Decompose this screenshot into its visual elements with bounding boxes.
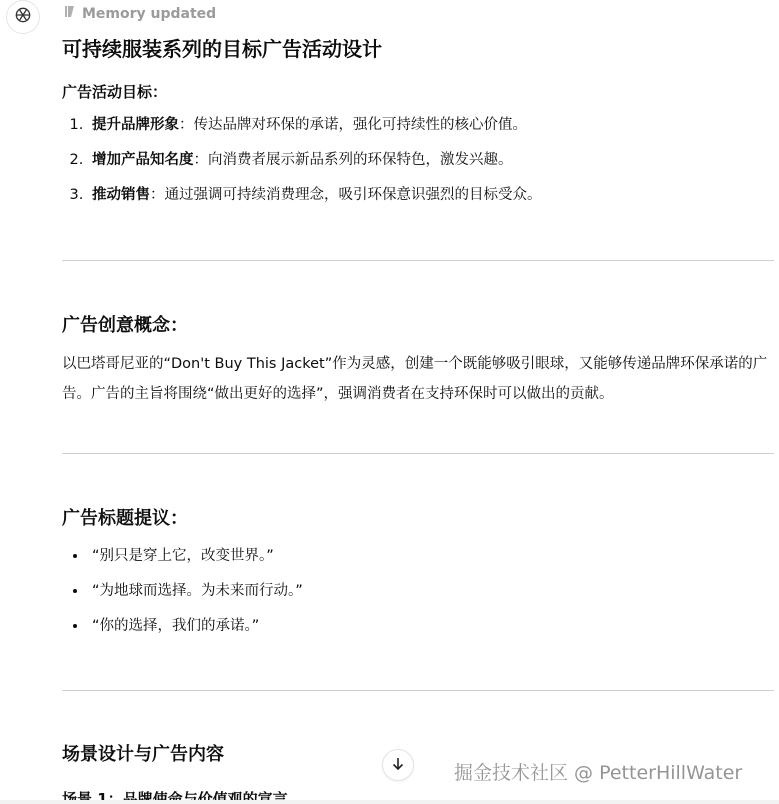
memory-status-text: Memory updated (82, 6, 216, 22)
headlines-list: “别只是穿上它，改变世界。” “为地球而选择。为未来而行动。” “你的选择，我们… (62, 539, 303, 644)
divider (62, 260, 774, 261)
assistant-avatar (6, 0, 40, 34)
list-item: 增加产品知名度：向消费者展示新品系列的环保特色，激发兴趣。 (88, 143, 774, 178)
list-item: “为地球而选择。为未来而行动。” (88, 574, 303, 609)
scenes-heading: 场景设计与广告内容 (62, 740, 224, 770)
page-title: 可持续服装系列的目标广告活动设计 (62, 34, 774, 64)
goal-title: 增加产品知名度 (92, 152, 194, 168)
concept-text: 以巴塔哥尼亚的“Don't Buy This Jacket”作为灵感，创建一个既… (62, 349, 774, 409)
goal-text: ：向消费者展示新品系列的环保特色，激发兴趣。 (194, 152, 513, 168)
goals-heading: 广告活动目标： (62, 78, 774, 106)
openai-logo-icon (13, 5, 33, 29)
list-item: 提升品牌形象：传达品牌对环保的承诺，强化可持续性的核心价值。 (88, 108, 774, 143)
goals-list: 提升品牌形象：传达品牌对环保的承诺，强化可持续性的核心价值。 增加产品知名度：向… (62, 108, 774, 213)
headlines-heading: 广告标题提议： (62, 504, 188, 534)
divider (62, 690, 774, 691)
scroll-to-bottom-button[interactable] (382, 749, 414, 781)
response-content: 可持续服装系列的目标广告活动设计 广告活动目标： 提升品牌形象：传达品牌对环保的… (62, 34, 774, 213)
goal-text: ：传达品牌对环保的承诺，强化可持续性的核心价值。 (179, 117, 527, 133)
list-item: “你的选择，我们的承诺。” (88, 609, 303, 644)
watermark: 掘金技术社区 @ PetterHillWater (454, 758, 742, 785)
list-item: “别只是穿上它，改变世界。” (88, 539, 303, 574)
divider (62, 453, 774, 454)
concept-heading: 广告创意概念： (62, 311, 188, 341)
arrow-down-icon (391, 756, 405, 775)
memory-icon (64, 5, 76, 22)
bottom-edge (0, 800, 779, 804)
memory-updated-status[interactable]: Memory updated (64, 5, 216, 22)
list-item: 推动销售：通过强调可持续消费理念，吸引环保意识强烈的目标受众。 (88, 178, 774, 213)
goal-text: ：通过强调可持续消费理念，吸引环保意识强烈的目标受众。 (150, 187, 542, 203)
goal-title: 提升品牌形象 (92, 117, 179, 133)
goal-title: 推动销售 (92, 187, 150, 203)
